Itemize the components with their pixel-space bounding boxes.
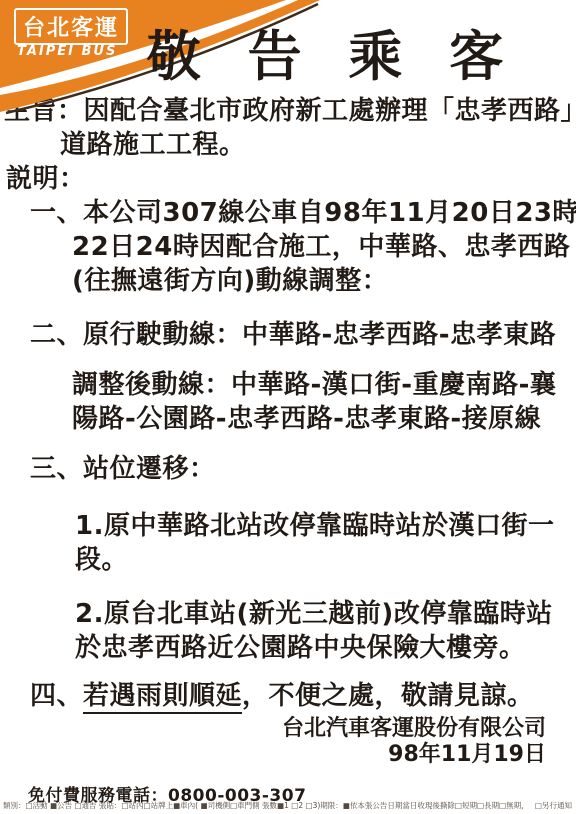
item1-line-2: 22日24時因配合施工，中華路、忠孝西路 bbox=[72, 230, 576, 264]
notice-page: 台北客運 TAIPEI BUS 敬 告 乘 客 主旨：因配合臺北市政府新工處辦理… bbox=[0, 0, 576, 814]
item3-sub2-line-1: 2.原台北車站(新光三越前)改停靠臨時站 bbox=[75, 597, 576, 631]
item4-line: 四、若遇雨則順延，不便之處，敬請見諒。 bbox=[30, 679, 576, 713]
signature-date: 98年11月19日 bbox=[0, 742, 546, 768]
logo: 台北客運 TAIPEI BUS bbox=[14, 8, 128, 59]
subject-line-2: 道路施工工程。 bbox=[60, 128, 576, 162]
item3-sub1-line-1: 1.原中華路北站改停靠臨時站於漢口街一 bbox=[75, 509, 576, 543]
item3-sub2-line-2: 於忠孝西路近公園路中央保險大樓旁。 bbox=[75, 631, 576, 665]
explanation-label: 説明： bbox=[6, 162, 576, 196]
item2-line-1: 二、原行駛動線：中華路-忠孝西路-忠孝東路 bbox=[30, 318, 576, 352]
signature-company: 台北汽車客運股份有限公司 bbox=[0, 716, 546, 742]
item3-heading: 三、站位遷移： bbox=[30, 452, 576, 486]
item3-sub1-line-2: 段。 bbox=[75, 543, 576, 577]
signature-block: 台北汽車客運股份有限公司 98年11月19日 bbox=[0, 716, 576, 768]
item4-prefix: 四、 bbox=[30, 681, 83, 711]
page-title: 敬 告 乘 客 bbox=[96, 14, 568, 91]
item1-line-1: 一、本公司307線公車自98年11月20日23時至 bbox=[30, 196, 576, 230]
footer-meta-left: 類別：□活動 ■公告 □通告 張貼：□站內□站牌上■車內( ■司機側□車門側 張… bbox=[3, 800, 529, 811]
item4-rest: ，不便之處，敬請見諒。 bbox=[242, 681, 534, 711]
notice-body: 主旨：因配合臺北市政府新工處辦理「忠孝西路」 道路施工工程。 説明： 一、本公司… bbox=[0, 88, 576, 806]
item1-line-3: (往撫遠街方向)動線調整： bbox=[72, 264, 576, 298]
footer-meta: 類別：□活動 ■公告 □通告 張貼：□站內□站牌上■車內( ■司機側□車門側 張… bbox=[3, 800, 572, 811]
header: 台北客運 TAIPEI BUS 敬 告 乘 客 bbox=[0, 0, 576, 88]
footer-meta-right: □另行通知 bbox=[535, 800, 572, 811]
logo-name-en: TAIPEI BUS bbox=[17, 44, 128, 59]
item2-line-3: 陽路-公園路-忠孝西路-忠孝東路-接原線 bbox=[72, 402, 576, 436]
logo-name-zh: 台北客運 bbox=[14, 8, 128, 45]
item4-underlined-text: 若遇雨則順延 bbox=[83, 681, 242, 714]
item2-line-2: 調整後動線：中華路-漢口街-重慶南路-襄 bbox=[72, 368, 576, 402]
